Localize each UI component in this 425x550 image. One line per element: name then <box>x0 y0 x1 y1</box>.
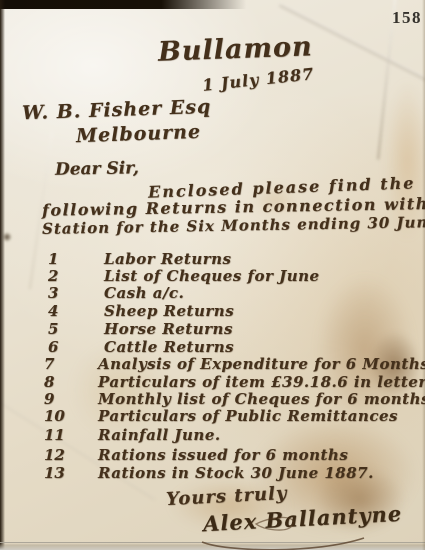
item-text: Cash a/c. <box>104 284 184 302</box>
list-item: 6 Cattle Returns <box>0 338 425 356</box>
item-number: 8 <box>44 373 54 391</box>
item-text: Rations issued for 6 months <box>98 446 348 464</box>
addressee-name: W. B. Fisher Esq <box>22 96 212 125</box>
item-text: Monthly list of Cheques for 6 months <box>98 390 425 408</box>
item-text: Analysis of Expenditure for 6 Months <box>98 355 425 373</box>
item-text: Rations in Stock 30 June 1887. <box>98 464 374 482</box>
item-text: Cattle Returns <box>104 338 234 356</box>
item-text: Labor Returns <box>104 250 231 268</box>
item-text: Particulars of item £39.18.6 in letter <box>98 373 425 391</box>
item-number: 10 <box>44 407 65 425</box>
item-text: Particulars of Public Remittances <box>98 407 398 425</box>
page-number-stamp: 158 <box>392 8 422 28</box>
item-number: 12 <box>44 446 65 464</box>
scanned-letter-page: 158 Bullamon 1 July 1887 W. B. Fisher Es… <box>0 0 425 550</box>
item-number: 11 <box>44 426 65 444</box>
scan-edge-top <box>0 0 425 9</box>
item-number: 2 <box>48 267 58 285</box>
list-item: 13 Rations in Stock 30 June 1887. <box>0 464 425 482</box>
list-item: 10 Particulars of Public Remittances <box>0 407 425 425</box>
salutation: Dear Sir, <box>55 158 139 179</box>
list-item: 4 Sheep Returns <box>0 302 425 320</box>
item-number: 1 <box>48 250 58 268</box>
addressee-city: Melbourne <box>76 121 202 147</box>
list-item: 5 Horse Returns <box>0 320 425 338</box>
list-item: 12 Rations issued for 6 months <box>0 446 425 464</box>
list-item: 3 Cash a/c. <box>0 284 425 302</box>
list-item: 7 Analysis of Expenditure for 6 Months <box>0 355 425 373</box>
item-text: Rainfall June. <box>98 426 221 444</box>
letter-date: 1 July 1887 <box>201 64 315 95</box>
item-number: 5 <box>48 320 58 338</box>
item-number: 7 <box>44 355 54 373</box>
item-number: 4 <box>48 302 58 320</box>
item-text: List of Cheques for June <box>104 267 320 285</box>
letter-place: Bullamon <box>158 31 314 67</box>
item-number: 9 <box>44 390 54 408</box>
item-text: Horse Returns <box>104 320 233 338</box>
item-number: 6 <box>48 338 58 356</box>
list-item: 1 Labor Returns <box>0 250 425 268</box>
signature-flourish <box>196 512 381 550</box>
list-item: 9 Monthly list of Cheques for 6 months <box>0 390 425 408</box>
list-item: 11 Rainfall June. <box>0 426 425 444</box>
list-item: 2 List of Cheques for June <box>0 267 425 285</box>
list-item: 8 Particulars of item £39.18.6 in letter <box>0 373 425 391</box>
item-number: 3 <box>48 284 58 302</box>
item-number: 13 <box>44 464 65 482</box>
item-text: Sheep Returns <box>104 302 234 320</box>
